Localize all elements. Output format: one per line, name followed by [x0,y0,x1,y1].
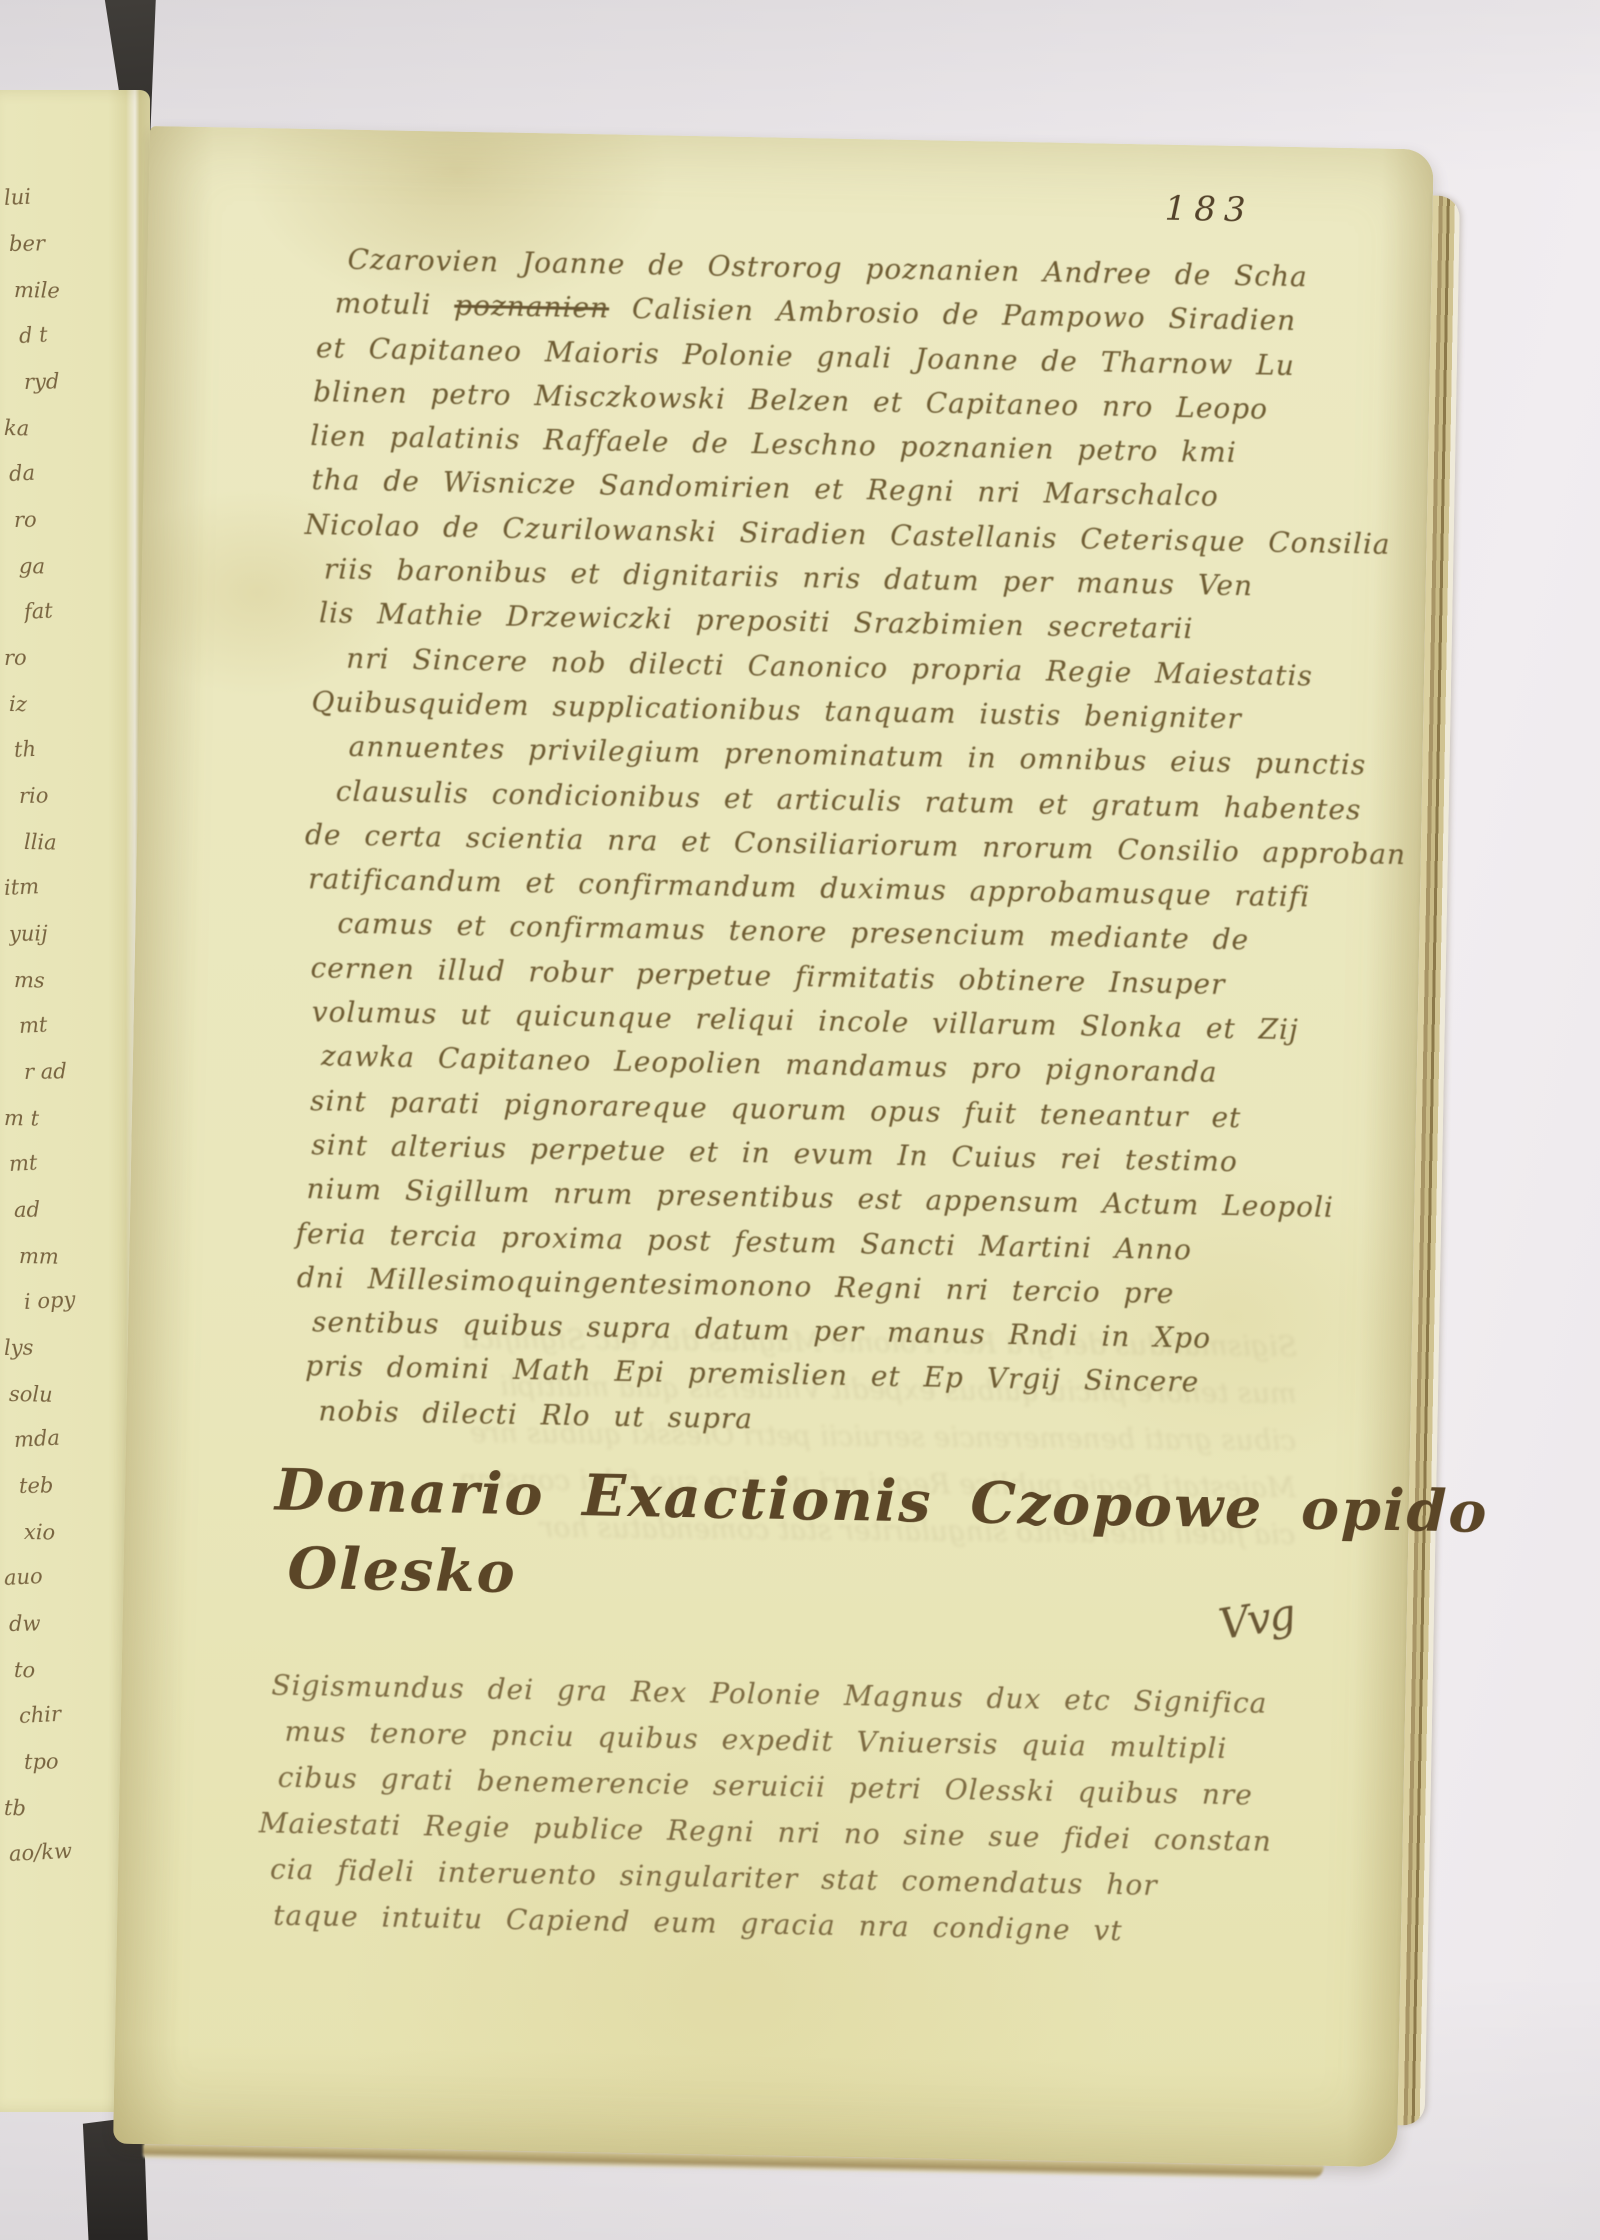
page-edge-fragment: rio [19,783,105,808]
page-edge-fragment: ga [19,554,105,579]
page-edge-fragment: ms [14,968,100,993]
page-edge-fragment: mda [13,1424,100,1452]
folio-number: 183 [1164,189,1254,231]
page-edge-fragment: auo [3,1562,90,1590]
struck-word: poznanien [454,289,609,325]
page-edge-fragment: mile [14,278,100,303]
page-edge-fragment: lys [4,1335,90,1360]
page-edge-fragment: ao/kw [8,1838,95,1866]
line-segment: Calisien Ambrosio de Pampowo Siradien [609,292,1297,338]
page-edge-fragment: yuij [9,921,95,946]
page-edge-fragment: ro [4,645,90,670]
page-edge-fragment: d t [18,320,105,348]
page-edge-fragment: mm [19,1244,105,1269]
page-edge-fragment: fat [23,596,110,624]
manuscript-page: 183 Czarovien Joanne de Ostrorog poznani… [113,126,1434,2167]
heading-line-1: Donario Exactionis Czopowe opido [274,1459,1355,1543]
page-edge-fragment: llia [24,830,110,855]
page-edge-fragment: xio [24,1520,110,1545]
marginal-annotation: Vvg [1215,1589,1297,1649]
page-edge-fragment: teb [19,1473,105,1498]
page-edge-fragment: tb [4,1796,90,1821]
line-segment: motuli [334,287,454,322]
page-edge-fragment: i opy [23,1286,110,1314]
page-edge-fragment: mt [8,1148,95,1176]
section-heading: Donario Exactionis Czopowe opido Olesko [273,1459,1355,1621]
page-edge-fragment: r ad [24,1059,110,1084]
page-edge-fragment: ro [14,507,100,532]
page-edge-fragment: dw [9,1611,95,1636]
page-edge-fragment: ad [14,1197,100,1222]
page-edge-fragment: solu [9,1382,95,1407]
page-edge-fragment: tpo [24,1749,110,1774]
page-edge-fragment: iz [9,692,95,717]
manuscript-photo: luibermiled trydkadarogafatroizthriollia… [0,0,1600,2240]
leaf-stack-edges [1398,196,1460,2126]
page-edge-fragment: m t [4,1106,90,1131]
page-edge-fragment: ryd [24,369,110,394]
page-edge-fragment: da [8,458,95,486]
page-edge-fragment: lui [3,182,90,210]
main-text-block: Czarovien Joanne de Ostrorog poznanien A… [288,237,1340,1452]
page-edge-fragment: ber [9,231,95,256]
heading-line-2: Olesko [287,1537,1354,1621]
second-text-block: Sigismundus dei gra Rex Polonie Magnus d… [257,1662,1322,1957]
page-edge-fragment: th [13,734,100,762]
page-edge-fragment: mt [18,1010,105,1038]
page-edge-fragment: ka [4,416,90,441]
page-edge-fragment: chir [18,1700,105,1728]
page-edge-fragment: itm [3,872,90,900]
leaf-stack-bottom [143,2144,1324,2180]
page-edge-fragment: to [14,1658,100,1683]
